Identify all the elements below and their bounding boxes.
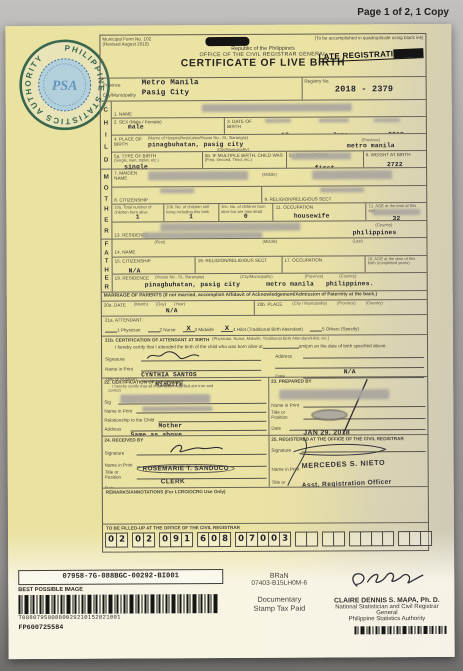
fillup-digit: 8 (219, 532, 231, 547)
attendant-cert-section: 21b. CERTIFICATION OF ATTENDANT AT BIRTH… (102, 333, 427, 377)
attendant-mark: X (183, 325, 195, 332)
father-section: FATHER 14. NAME (First) (Middle) (Last) … (101, 237, 426, 292)
father-residence-row: 19. RESIDENCE (House No., St., Barangay)… (113, 272, 427, 291)
fillup-group: 02 (133, 532, 155, 547)
marriage-section: MARRIAGE OF PARENTS (If not married, acc… (102, 290, 427, 315)
redaction-black-blob (393, 49, 423, 59)
certificate-paper: PHILIPPINE STATISTICS AUTHORITY PSA Muni… (5, 24, 454, 659)
province-label: Province (103, 83, 139, 88)
barcode (18, 594, 218, 614)
attendant-option: 1 Physician (117, 327, 141, 332)
father-cit-label: 15. CITIZENSHIP (115, 258, 193, 264)
informant-text2: correct (108, 388, 266, 393)
mother-children-row: 10a. Total number of children born alive… (112, 202, 426, 221)
informant-sig-label: Sig (104, 399, 116, 404)
redaction-blur (320, 187, 364, 192)
wt-label: 6. WEIGHT AT BIRTH (366, 152, 424, 158)
received-signature (167, 442, 227, 454)
seal-monogram: PSA (52, 79, 78, 94)
acert-addr-label: Address (275, 353, 301, 358)
doc-stamp-line1: Documentary (231, 594, 327, 604)
marriage-month-label: (Month) (134, 302, 148, 314)
fillup-group: 02 (106, 532, 128, 547)
marriage-place-country-label: (Country) (366, 301, 383, 313)
prepared-title-label: Title or Position (271, 409, 301, 420)
father-citizenship-row: 15. CITIZENSHIPN/A 16. RELIGION/RELIGIOU… (113, 255, 427, 274)
child-section: CHILD 1. NAME 2. SEX (Male / Female) mal… (101, 99, 426, 169)
attendant-section: 21a. ATTENDANT : 1 Physician 2 Nurse X3 … (102, 313, 427, 335)
redaction-blur (142, 406, 212, 411)
pob-label: 4. PLACE OF BIRTH (114, 136, 148, 147)
fillup-box-empty (333, 531, 345, 546)
pob-prov-value: metro manila (318, 142, 424, 149)
mother-cit-label: 8. CITIZENSHIP (114, 197, 148, 202)
fillup-label: TO BE FILLED-UP AT THE OFFICE OF THE CIV… (106, 523, 425, 530)
remarks-label: REMARKS/ANNOTATIONS (For LCRO/OCRG Use O… (106, 487, 425, 494)
father-res-country-label: (Country) (339, 275, 356, 280)
bran-value: 07403-B15LH0M-6 (231, 579, 327, 587)
informant-rel-label: Relationship to the Child (104, 417, 156, 423)
form-number-block: Municipal Form No. 102 (Revised August 2… (102, 36, 151, 47)
attendant-label: 21a. ATTENDANT : (105, 316, 424, 323)
blank-line (263, 342, 299, 348)
registrar-general-signature (345, 568, 429, 592)
attendant-mark (310, 324, 322, 331)
mother-side-letters: MOTHER (101, 170, 112, 239)
acert-sig-label: Signature (105, 356, 139, 361)
child-sex-dob-row: 2. SEX (Male / Female) male 3. DATE OF B… (112, 116, 426, 135)
marriage-date-label: 20a. DATE (104, 302, 126, 314)
father-name-label: 14. NAME (115, 249, 136, 254)
mb-sub: (First, Second, Third, etc.) (205, 158, 284, 163)
doc-stamp-line2: Stamp Tax Paid (231, 603, 327, 613)
fillup-group-empty (323, 531, 345, 546)
side-letter: F (105, 241, 109, 248)
fillup-box-empty (420, 531, 432, 546)
marriage-place-prov-label: (Province) (337, 301, 356, 313)
acert-label: 21b. CERTIFICATION OF ATTENDANT AT BIRTH (105, 337, 209, 343)
fillup-group: 091 (160, 532, 193, 547)
marriage-place-city-label: (City / Municipality) (292, 301, 327, 313)
redaction-blur (319, 118, 349, 122)
prepared-name-label: Name in Print (271, 402, 301, 407)
small-barcode (354, 626, 446, 634)
city-value: Pasig City (142, 90, 190, 99)
fp-number: FP600725584 (18, 623, 223, 632)
side-letter: D (104, 156, 109, 163)
form-header: Municipal Form No. 102 (Revised August 2… (100, 34, 425, 78)
father-rel-label: 16. RELIGION/RELIGIOUS SECT (198, 257, 280, 263)
attendant-option: 5 Others (Specify) (322, 326, 359, 331)
child-name-label: 1. NAME (114, 112, 132, 117)
attendant-mark (105, 325, 117, 332)
fillup-group: 07003 (236, 531, 291, 546)
redaction-blur (202, 103, 352, 112)
side-letter: O (104, 184, 109, 191)
footer-band: 07958-7G-088BGC-00292-BI001 BEST POSSIBL… (12, 562, 452, 650)
mother-section: MOTHER 7. MAIDEN NAME (Middle) 8. CITIZE… (101, 167, 426, 239)
redaction-blur (291, 152, 351, 159)
maiden-middle-label: (Middle) (262, 173, 277, 178)
acert-text: I hereby certify that I attended the bir… (115, 343, 263, 349)
father-last-label: (Last) (352, 239, 362, 244)
side-letter: H (104, 266, 109, 273)
father-res-city-label: (City/Municipality) (240, 275, 272, 280)
form-revision: (Revised August 2016) (102, 42, 151, 48)
footer-center: BRaN 07403-B15LH0M-6 Documentary Stamp T… (231, 572, 327, 649)
redaction-blur (279, 389, 389, 400)
mother-country-label: (Country) (375, 223, 392, 228)
fillup-box-empty (382, 531, 394, 546)
side-letter: R (104, 228, 109, 235)
received-date-label: Date (105, 486, 121, 488)
redaction-black-blob (205, 37, 249, 46)
psa-seal: PHILIPPINE STATISTICS AUTHORITY PSA (18, 39, 110, 131)
mother-occ-label: 11. OCCUPATION (276, 204, 364, 210)
child-pob-row: 4. PLACE OF BIRTH (Name of Hospital/Inst… (112, 133, 426, 152)
attendant-signature (145, 350, 201, 360)
received-name-label: Name in Print (105, 462, 135, 467)
barcode-number: T088079580880029210152021001 (18, 613, 223, 621)
registry-label: Registry No. (304, 78, 423, 84)
redaction-blur (160, 188, 194, 193)
child-side-letters: CHILD (101, 102, 112, 169)
fillup-section: TO BE FILLED-UP AT THE OFFICE OF THE CIV… (103, 521, 428, 551)
redaction-blur (142, 231, 262, 238)
redaction-blur (312, 170, 392, 179)
father-age-sub: birth (completed years) (368, 261, 425, 266)
side-letter: R (104, 283, 109, 290)
mother-rel-label: 9. RELIGION/RELIGIOUS SECT (264, 196, 331, 201)
father-res-prov-value: metro manila (266, 281, 314, 288)
redaction-blur (120, 394, 210, 403)
child-name-row: 1. NAME (112, 100, 426, 118)
page-count-note: Page 1 of 2, 1 Copy (357, 7, 449, 18)
redaction-blur (265, 119, 291, 123)
marriage-day-label: (Day) (156, 302, 166, 314)
father-res-value: pinagbuhatan, pasig city (145, 282, 241, 289)
father-occ-label: 17. OCCUPATION (284, 257, 362, 263)
acert-text2: am/pm on the date of birth specified abo… (299, 343, 387, 349)
fillup-group: 608 (198, 532, 231, 547)
acert-label-sub: (Physician, Nurse, Midwife, Traditional … (212, 336, 329, 342)
received-registered-row: 24. RECEIVED BY Signature Name in PrintR… (102, 433, 427, 487)
father-middle-label: (Middle) (262, 240, 277, 245)
footer-left: 07958-7G-088BGC-00292-BI001 BEST POSSIBL… (18, 569, 223, 650)
marriage-row: 20a. DATE (Month) (Day) (Year) N/A 20b. … (102, 298, 427, 315)
side-letter: L (104, 144, 108, 151)
quadruplicate-note: (To be accomplished in quadruplicate usi… (315, 35, 424, 46)
marriage-date-value: N/A (166, 308, 178, 315)
father-res-label: 19. RESIDENCE (115, 276, 149, 281)
city-label: City/Municipality (103, 93, 139, 98)
fillup-digit: 2 (116, 532, 128, 547)
province-registry-row: Province Metro Manila City/Municipality … (101, 76, 426, 101)
registrar-general-title2: Philippine Statistics Authority (327, 616, 446, 623)
father-name-row: 14. NAME (First) (Middle) (Last) N/A (112, 238, 426, 256)
informant-addr-label: Address (104, 426, 128, 431)
side-letter: C (104, 107, 109, 114)
attendant-mark (147, 325, 159, 332)
received-sig-label: Signature (105, 450, 135, 455)
father-first-label: (First) (154, 240, 165, 245)
registrar-general-title1: National Statistician and Civil Registra… (327, 604, 446, 617)
prepared-date-label: Date (271, 426, 287, 431)
mother-residence-row: 13. RESIDENCE philippines (Country) (112, 219, 426, 238)
side-letter: A (104, 249, 109, 256)
fillup-group-empty (296, 531, 318, 546)
attendant-option: 3 Midwife (195, 327, 214, 332)
received-title-label: Title or Position (105, 469, 135, 480)
fillup-digit: 1 (181, 532, 193, 547)
father-side-letters: FATHER (101, 240, 112, 292)
attendant-option: 2 Nurse (159, 327, 175, 332)
mother-res-tail: philippines (353, 230, 397, 237)
dob-label: 3. DATE OF BIRTH (227, 119, 257, 133)
mother-age-value: 32 (369, 216, 425, 220)
mother-citizenship-row: 8. CITIZENSHIP Chinese 9. RELIGION/RELIG… (112, 184, 426, 203)
side-letter: I (105, 132, 107, 139)
attendant-mark: X (221, 325, 233, 332)
redaction-blur (374, 118, 400, 122)
side-letter: E (104, 217, 108, 224)
fillup-group-empty (350, 531, 394, 546)
registry-value: 2018 - 2379 (304, 85, 423, 95)
mother-maiden-row: 7. MAIDEN NAME (Middle) (112, 168, 426, 186)
side-letter: E (105, 275, 109, 282)
maiden-label: 7. MAIDEN NAME (114, 170, 142, 181)
redaction-blur (160, 222, 300, 231)
best-possible-image-label: BEST POSSIBLE IMAGE (18, 586, 223, 593)
side-letter: H (104, 206, 109, 213)
fillup-digit: 3 (279, 531, 291, 546)
informant-prepared-row: 22. CERTIFICATION OF INFORMANT I hereby … (102, 375, 427, 435)
attendant-option: 4 Hilot (Traditional Birth Attendant) (233, 326, 303, 332)
fillup-group-empty (399, 531, 432, 546)
pen-stroke (273, 435, 393, 487)
side-letter: M (104, 173, 109, 180)
sex-value: male (128, 124, 222, 131)
province-value: Metro Manila (142, 79, 199, 88)
remarks-section: REMARKS/ANNOTATIONS (For LCRO/OCRG Use O… (103, 485, 428, 523)
father-res-prov-label: (Province) (305, 275, 324, 280)
informant-name-label: Name in Print (104, 408, 134, 413)
acert-name-label: Name in Print (105, 366, 139, 371)
child-type-weight-row: 5a. TYPE OF BIRTH (Single, twin, triplet… (112, 150, 426, 169)
pen-stroke (333, 377, 373, 435)
footer-right: CLAIRE DENNIS S. MAPA, Ph. D. National S… (327, 568, 446, 649)
birth-certificate-form: Municipal Form No. 102 (Revised August 2… (99, 33, 429, 552)
side-letter: T (104, 195, 108, 202)
fillup-digit: 2 (143, 532, 155, 547)
side-letter: H (104, 119, 109, 126)
fillup-box-empty (306, 531, 318, 546)
redaction-blur (148, 171, 248, 181)
security-code-box: 07958-7G-088BGC-00292-BI001 (18, 569, 223, 585)
side-letter: T (105, 258, 109, 265)
marriage-place-label: 20b. PLACE (257, 301, 282, 313)
father-res-country-value: philippines. (326, 281, 374, 288)
